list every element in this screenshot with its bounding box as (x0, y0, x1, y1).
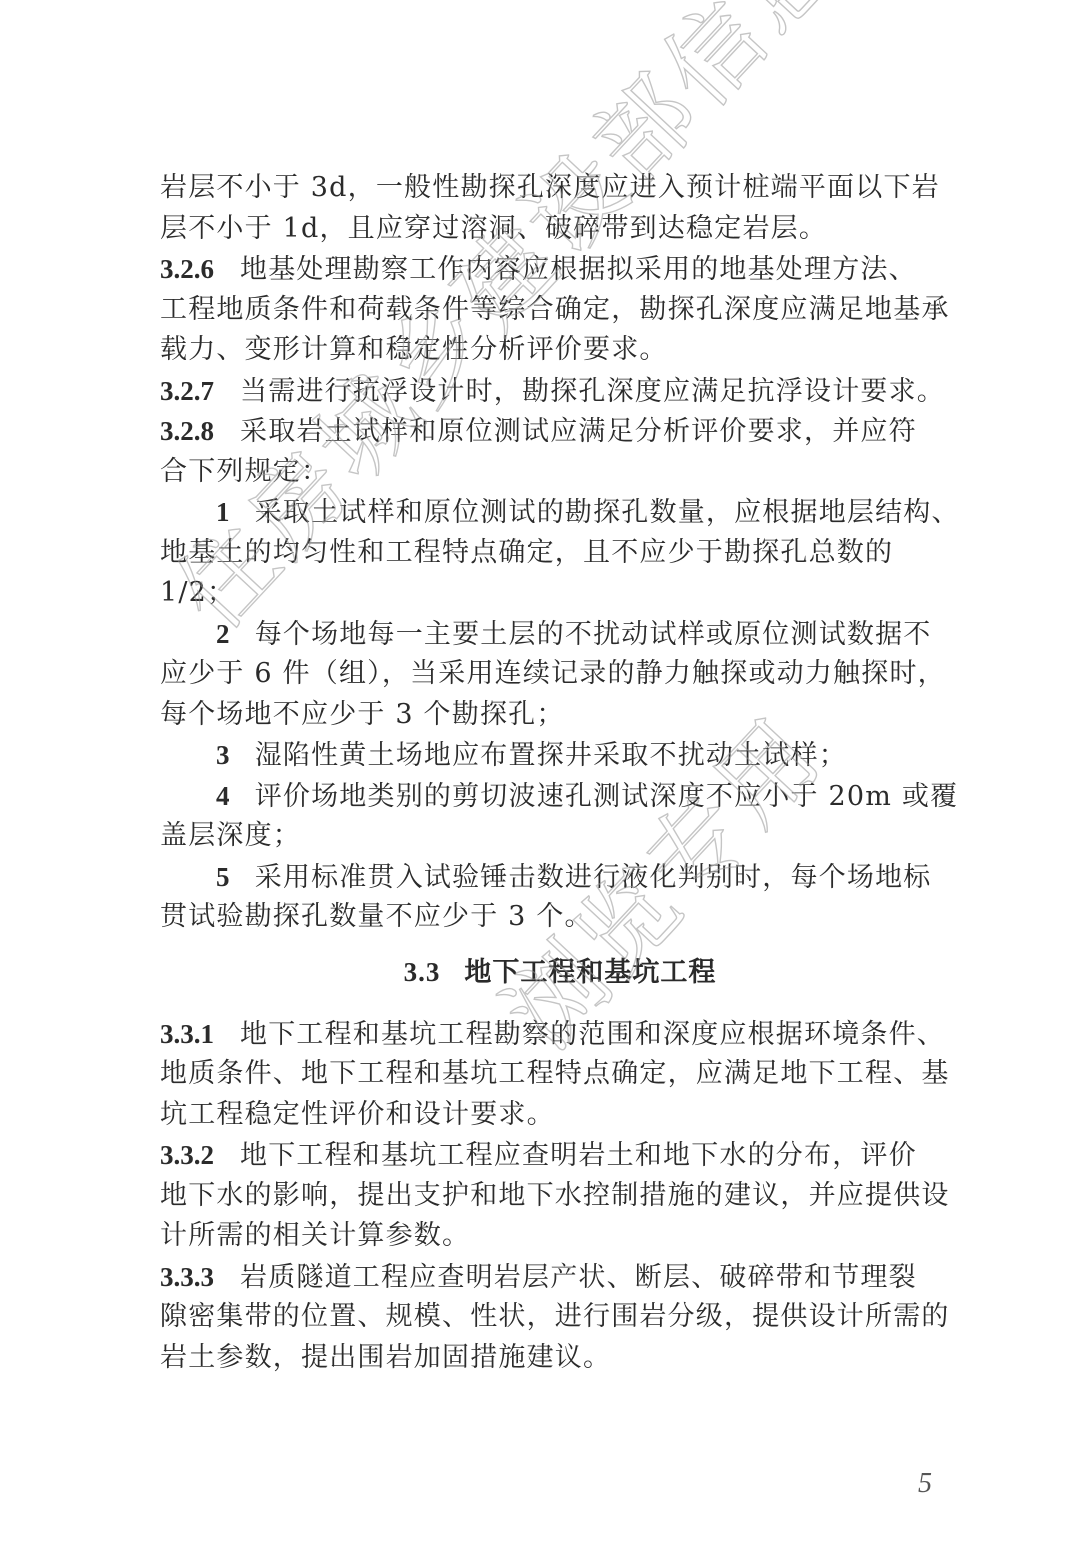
clause-text-line: 计所需的相关计算参数。 (160, 1216, 960, 1257)
clause-text-line: 隙密集带的位置、规模、性状，进行围岩分级，提供设计所需的 (160, 1297, 960, 1338)
item-text: 评价场地类别的剪切波速孔测试深度不应小于 20m 或覆 (255, 781, 959, 812)
item-text: 采取土试样和原位测试的勘探孔数量，应根据地层结构、 (255, 497, 960, 528)
list-item-5: 5采用标准贯入试验锤击数进行液化判别时，每个场地标 (160, 857, 960, 898)
item-text: 每个场地每一主要土层的不扰动试样或原位测试数据不 (255, 619, 932, 650)
item-text-line: 1/2； (160, 573, 960, 614)
item-text: 湿陷性黄土场地应布置探井采取不扰动土试样； (255, 740, 847, 771)
item-text-line: 盖层深度； (160, 816, 960, 857)
clause-text: 采取岩土试样和原位测试应满足分析评价要求，并应符 (240, 416, 917, 447)
clause-text: 地下工程和基坑工程应查明岩土和地下水的分布，评价 (240, 1140, 917, 1171)
list-item-3: 3湿陷性黄土场地应布置探井采取不扰动土试样； (160, 735, 960, 776)
clause-text: 当需进行抗浮设计时，勘探孔深度应满足抗浮设计要求。 (240, 376, 945, 407)
page-number: 5 (918, 1468, 932, 1500)
clause-3-3-3: 3.3.3岩质隧道工程应查明岩层产状、断层、破碎带和节理裂 (160, 1257, 960, 1298)
clause-number: 3.3.1 (160, 1014, 214, 1055)
section-heading: 3.3地下工程和基坑工程 (160, 952, 960, 992)
item-text-line: 每个场地不应少于 3 个勘探孔； (160, 695, 960, 736)
clause-number: 3.3.3 (160, 1257, 214, 1298)
continuation-line: 岩层不小于 3d，一般性勘探孔深度应进入预计桩端平面以下岩 (160, 168, 960, 209)
clause-text-line: 地下水的影响，提出支护和地下水控制措施的建议，并应提供设 (160, 1176, 960, 1217)
clause-3-3-1: 3.3.1地下工程和基坑工程勘察的范围和深度应根据环境条件、 (160, 1014, 960, 1055)
clause-text-line: 载力、变形计算和稳定性分析评价要求。 (160, 330, 960, 371)
clause-text: 地基处理勘察工作内容应根据拟采用的地基处理方法、 (240, 254, 917, 285)
clause-3-2-8: 3.2.8采取岩土试样和原位测试应满足分析评价要求，并应符 (160, 411, 960, 452)
item-number: 1 (216, 492, 231, 533)
clause-number: 3.2.6 (160, 249, 214, 290)
document-page: 岩层不小于 3d，一般性勘探孔深度应进入预计桩端平面以下岩 层不小于 1d，且应… (160, 168, 960, 1378)
list-item-2: 2每个场地每一主要土层的不扰动试样或原位测试数据不 (160, 614, 960, 655)
clause-number: 3.2.8 (160, 411, 214, 452)
item-text-line: 应少于 6 件（组），当采用连续记录的静力触探或动力触探时， (160, 654, 960, 695)
clause-text-line: 工程地质条件和荷载条件等综合确定，勘探孔深度应满足地基承 (160, 290, 960, 331)
clause-text-line: 地质条件、地下工程和基坑工程特点确定，应满足地下工程、基 (160, 1054, 960, 1095)
list-item-1: 1采取土试样和原位测试的勘探孔数量，应根据地层结构、 (160, 492, 960, 533)
item-number: 3 (216, 735, 231, 776)
clause-text-line: 合下列规定： (160, 452, 960, 493)
clause-text-line: 坑工程稳定性评价和设计要求。 (160, 1095, 960, 1136)
clause-text-line: 岩土参数，提出围岩加固措施建议。 (160, 1338, 960, 1379)
clause-number: 3.3.2 (160, 1135, 214, 1176)
clause-3-2-7: 3.2.7当需进行抗浮设计时，勘探孔深度应满足抗浮设计要求。 (160, 371, 960, 412)
section-title-text: 地下工程和基坑工程 (464, 957, 716, 988)
item-text: 采用标准贯入试验锤击数进行液化判别时，每个场地标 (255, 862, 932, 893)
continuation-line: 层不小于 1d，且应穿过溶洞、破碎带到达稳定岩层。 (160, 209, 960, 250)
item-number: 4 (216, 776, 231, 817)
item-text-line: 贯试验勘探孔数量不应少于 3 个。 (160, 897, 960, 938)
list-item-4: 4评价场地类别的剪切波速孔测试深度不应小于 20m 或覆 (160, 776, 960, 817)
item-text-line: 地基土的均匀性和工程特点确定，且不应少于勘探孔总数的 (160, 533, 960, 574)
item-number: 5 (216, 857, 231, 898)
clause-3-3-2: 3.3.2地下工程和基坑工程应查明岩土和地下水的分布，评价 (160, 1135, 960, 1176)
clause-number: 3.2.7 (160, 371, 214, 412)
clause-text: 岩质隧道工程应查明岩层产状、断层、破碎带和节理裂 (240, 1262, 917, 1293)
clause-3-2-6: 3.2.6地基处理勘察工作内容应根据拟采用的地基处理方法、 (160, 249, 960, 290)
section-number: 3.3 (404, 957, 441, 987)
item-number: 2 (216, 614, 231, 655)
clause-text: 地下工程和基坑工程勘察的范围和深度应根据环境条件、 (240, 1019, 945, 1050)
